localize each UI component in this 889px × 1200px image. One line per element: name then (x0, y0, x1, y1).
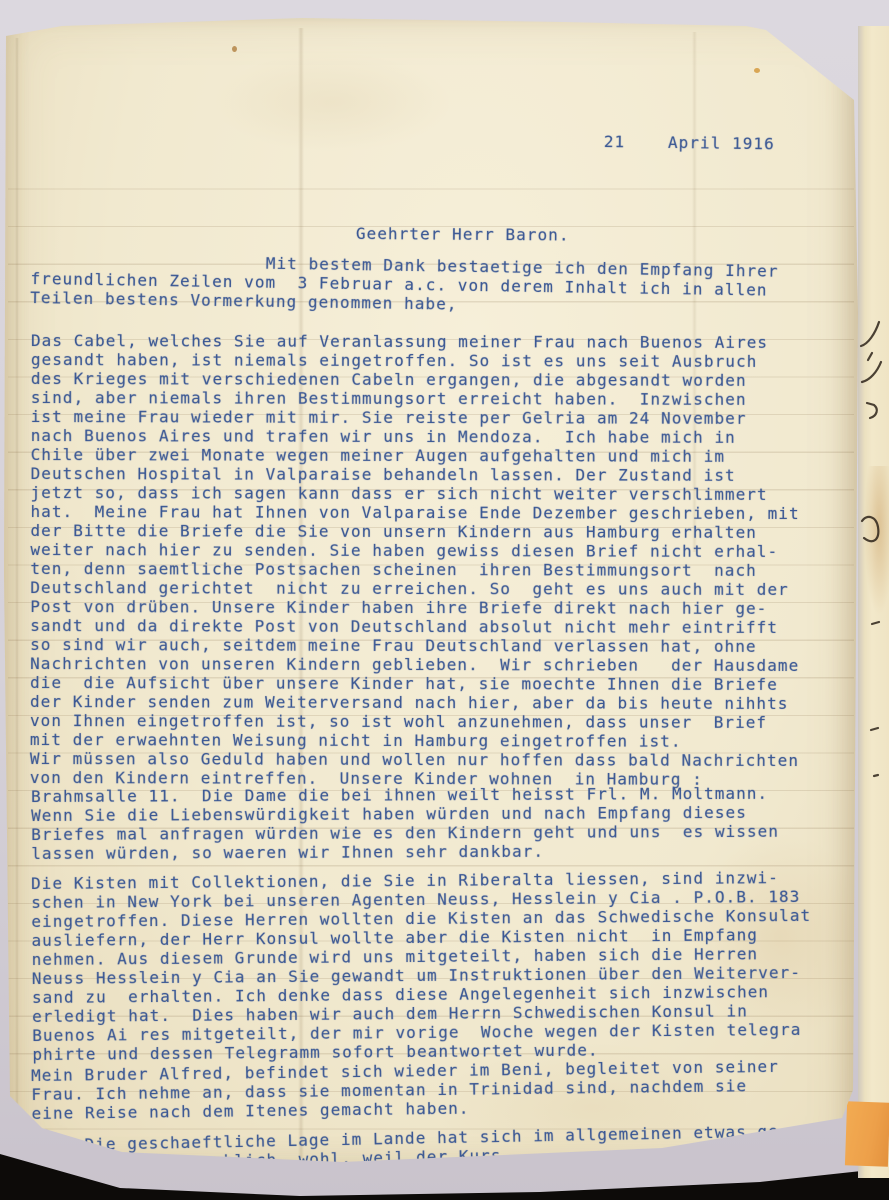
letter-line: ten, denn saemtliche Postsachen scheinen… (30, 559, 852, 580)
pen-mark-icon (872, 622, 879, 624)
letter-line: sind, aber niemals ihren Bestimmungsort … (31, 388, 853, 409)
letter-page: 21 April 1916 Geehrter Herr Baron. Mit b… (2, 12, 860, 1182)
letter-line: lassen würden, so waeren wir Ihnen sehr … (31, 840, 853, 863)
letter-line: die die Aufsicht über unsere Kinder hat,… (30, 673, 852, 694)
letter-line: mit der erwaehnten Weisung nicht in Hamb… (30, 730, 852, 751)
letter-line: Das Cabel, welches Sie auf Veranlassung … (31, 331, 853, 352)
letter-line: nach Buenos Aires und trafen wir uns in … (31, 426, 853, 447)
pen-mark-icon (871, 728, 878, 730)
pen-mark-icon (868, 353, 872, 360)
letter-line: Deutschland gerichtet nicht zu erreichen… (30, 578, 852, 599)
letter-line: Wir müssen also Geduld haben und wollen … (30, 749, 852, 770)
paragraph: Mein Bruder Alfred, befindet sich wieder… (31, 1056, 854, 1123)
letter-line: Nachrichten von unseren Kindern gebliebe… (30, 654, 852, 675)
letter-line: der Kinder senden zum Weiterversand nach… (30, 692, 852, 713)
scanned-letter-view: 21 April 1916 Geehrter Herr Baron. Mit b… (0, 0, 889, 1200)
letter-body: Mit bestem Dank bestaetige ich den Empfa… (31, 250, 853, 1174)
paragraph: Mit bestem Dank bestaetige ich den Empfa… (30, 250, 853, 320)
letter-line: jetzt so, dass ich sagen kann dass er si… (31, 483, 853, 504)
letter-line: weiter nach hier zu senden. Sie haben ge… (30, 540, 852, 561)
pen-mark-icon (861, 322, 879, 346)
letter-line: des Krieges mit verschiedenen Cabeln erg… (31, 369, 853, 390)
margin-pen-marks (858, 26, 889, 1178)
date-line: 21 April 1916 (604, 132, 775, 153)
letter-line: ist meine Frau wieder mit mir. Sie reist… (31, 407, 853, 428)
letter-line: hat. Meine Frau hat Ihnen von Valparaise… (31, 502, 853, 523)
letter-line: Chile über zwei Monate wegen meiner Auge… (31, 445, 853, 466)
paragraph: Die Kisten mit Collektionen, die Sie in … (31, 868, 854, 1064)
letter-line: der Bitte die Briefe die Sie von unsern … (30, 521, 852, 542)
underlying-sheet-edge (858, 26, 889, 1178)
paragraph: Brahmsalle 11. Die Dame die bei ihnen we… (31, 783, 853, 863)
letter-line: von Ihnen eingetroffen ist, so ist wohl … (30, 711, 852, 732)
orange-paper-fragment (845, 1101, 889, 1166)
letter-line: so sind wir auch, seitdem meine Frau Deu… (30, 635, 852, 656)
letter-line: gesandt haben, ist niemals eingetroffen.… (31, 350, 853, 371)
pen-mark-icon (862, 362, 881, 382)
salutation: Geehrter Herr Baron. (356, 224, 570, 244)
letter-line: Deutschen Hospital in Valparaise behande… (31, 464, 853, 485)
letter-line: Post von drüben. Unsere Kinder haben ihr… (30, 597, 852, 618)
letter-line: sandt und da direkte Post von Deutschlan… (30, 616, 852, 637)
pen-mark-icon (874, 775, 878, 776)
paragraph: Das Cabel, welches Sie auf Veranlassung … (30, 331, 853, 789)
pen-mark-icon (862, 517, 878, 541)
pen-mark-icon (867, 403, 877, 418)
